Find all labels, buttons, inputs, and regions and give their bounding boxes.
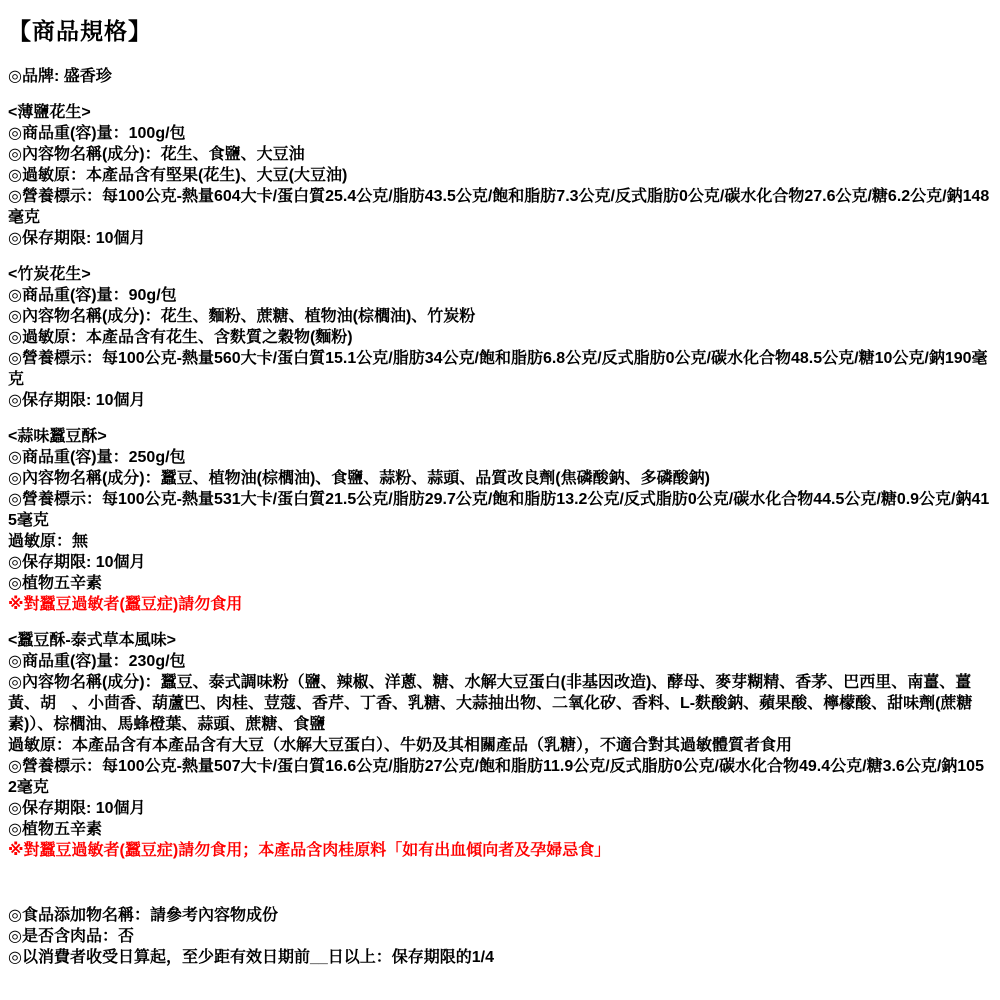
weight-line: ◎商品重(容)量：250g/包 xyxy=(8,447,992,468)
footer-notes: ◎食品添加物名稱：請參考內容物成份 ◎是否含肉品：否 ◎以消費者收受日算起，至少… xyxy=(8,905,992,968)
weight-line: ◎商品重(容)量：90g/包 xyxy=(8,285,992,306)
allergen-line: 過敏原：本產品含有本產品含有大豆（水解大豆蛋白）、牛奶及其相關產品（乳糖），不適… xyxy=(8,735,992,756)
section-bamboo-charcoal-peanut: <竹炭花生> ◎商品重(容)量：90g/包 ◎內容物名稱(成分)：花生、麵粉、蔗… xyxy=(8,264,992,411)
section-heading: <竹炭花生> xyxy=(8,264,992,285)
section-heading: <蠶豆酥-泰式草本風味> xyxy=(8,630,992,651)
shelf-life-line: ◎保存期限: 10個月 xyxy=(8,390,992,411)
ingredients-line: ◎內容物名稱(成分)：蠶豆、泰式調味粉（鹽、辣椒、洋蔥、糖、水解大豆蛋白(非基因… xyxy=(8,672,992,735)
ingredients-line: ◎內容物名稱(成分)：花生、食鹽、大豆油 xyxy=(8,144,992,165)
nutrition-line: ◎營養標示：每100公克-熱量604大卡/蛋白質25.4公克/脂肪43.5公克/… xyxy=(8,186,992,228)
food-additives-line: ◎食品添加物名稱：請參考內容物成份 xyxy=(8,905,992,926)
nutrition-line: ◎營養標示：每100公克-熱量507大卡/蛋白質16.6公克/脂肪27公克/飽和… xyxy=(8,756,992,798)
shelf-life-line: ◎保存期限: 10個月 xyxy=(8,228,992,249)
allergy-warning-line: ※對蠶豆過敏者(蠶豆症)請勿食用 xyxy=(8,594,992,615)
vegetarian-line: ◎植物五辛素 xyxy=(8,573,992,594)
product-spec-document: 【商品規格】 ◎品牌: 盛香珍 <薄鹽花生> ◎商品重(容)量：100g/包 ◎… xyxy=(0,0,1000,968)
shelf-life-line: ◎保存期限: 10個月 xyxy=(8,552,992,573)
weight-line: ◎商品重(容)量：230g/包 xyxy=(8,651,992,672)
allergen-line: ◎過敏原：本產品含有堅果(花生)、大豆(大豆油) xyxy=(8,165,992,186)
section-garlic-broad-bean-crisp: <蒜味蠶豆酥> ◎商品重(容)量：250g/包 ◎內容物名稱(成分)：蠶豆、植物… xyxy=(8,426,992,615)
vegetarian-line: ◎植物五辛素 xyxy=(8,819,992,840)
section-thai-herb-broad-bean-crisp: <蠶豆酥-泰式草本風味> ◎商品重(容)量：230g/包 ◎內容物名稱(成分)：… xyxy=(8,630,992,861)
section-heading: <薄鹽花生> xyxy=(8,102,992,123)
section-heading: <蒜味蠶豆酥> xyxy=(8,426,992,447)
allergy-warning-line: ※對蠶豆過敏者(蠶豆症)請勿食用；本產品含肉桂原料「如有出血傾向者及孕婦忌食」 xyxy=(8,840,992,861)
allergen-line: 過敏原：無 xyxy=(8,531,992,552)
section-thin-salt-peanut: <薄鹽花生> ◎商品重(容)量：100g/包 ◎內容物名稱(成分)：花生、食鹽、… xyxy=(8,102,992,249)
page-title: 【商品規格】 xyxy=(8,16,992,46)
nutrition-line: ◎營養標示：每100公克-熱量531大卡/蛋白質21.5公克/脂肪29.7公克/… xyxy=(8,489,992,531)
delivery-shelf-life-line: ◎以消費者收受日算起，至少距有效日期前__日以上：保存期限的1/4 xyxy=(8,947,992,968)
ingredients-line: ◎內容物名稱(成分)：蠶豆、植物油(棕櫚油)、食鹽、蒜粉、蒜頭、品質改良劑(焦磷… xyxy=(8,468,992,489)
nutrition-line: ◎營養標示：每100公克-熱量560大卡/蛋白質15.1公克/脂肪34公克/飽和… xyxy=(8,348,992,390)
contains-meat-line: ◎是否含肉品：否 xyxy=(8,926,992,947)
allergen-line: ◎過敏原：本產品含有花生、含麩質之穀物(麵粉) xyxy=(8,327,992,348)
ingredients-line: ◎內容物名稱(成分)：花生、麵粉、蔗糖、植物油(棕櫚油)、竹炭粉 xyxy=(8,306,992,327)
shelf-life-line: ◎保存期限: 10個月 xyxy=(8,798,992,819)
weight-line: ◎商品重(容)量：100g/包 xyxy=(8,123,992,144)
brand-line: ◎品牌: 盛香珍 xyxy=(8,66,992,87)
